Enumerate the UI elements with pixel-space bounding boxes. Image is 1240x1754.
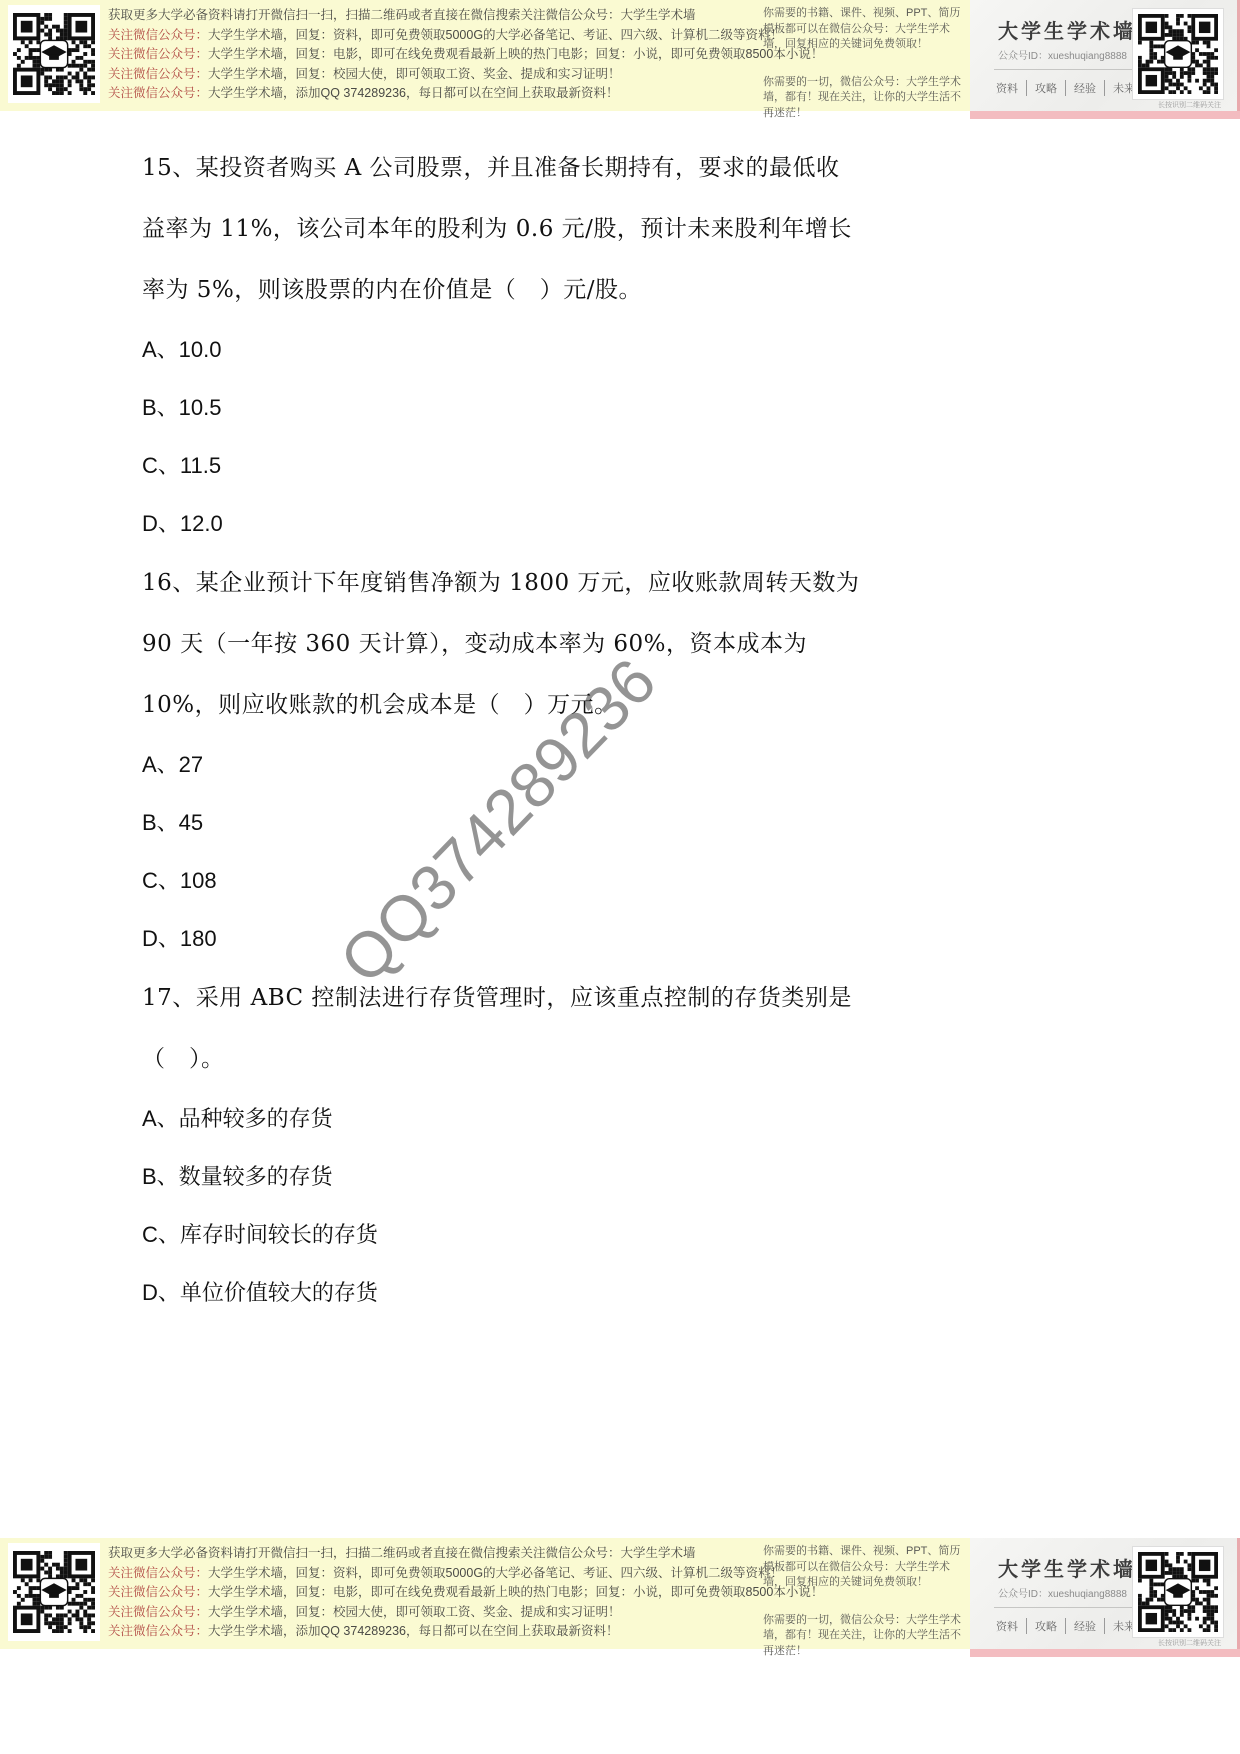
question-15: 15、某投资者购买 A 公司股票，并且准备长期持有，要求的最低收 益率为 11%… — [142, 153, 1180, 538]
question-line: 10%，则应收账款的机会成本是（ ）万元。 — [142, 690, 1180, 720]
banner-line-prefix: 关注微信公众号： — [108, 28, 208, 42]
banner-line-text: 大学生学术墙，回复：电影，即可在线免费观看最新上映的热门电影；回复：小说，即可免… — [208, 1585, 823, 1599]
question-line: 15、某投资者购买 A 公司股票，并且准备长期持有，要求的最低收 — [142, 153, 1180, 183]
card-divider — [994, 1607, 1146, 1608]
banner-line-text: 大学生学术墙，回复：资料，即可免费领取5000G的大学必备笔记、考证、四六级、计… — [208, 28, 783, 42]
card-tab: 资料 — [996, 1618, 1018, 1634]
option-a: A、品种较多的存货 — [142, 1105, 1180, 1133]
banner-line-prefix: 关注微信公众号： — [108, 67, 208, 81]
qr-caption: 长按识别二维码关注 — [1158, 100, 1221, 110]
banner-line-text: 大学生学术墙，添加QQ 374289236，每日都可以在空间上获取最新资料！ — [208, 86, 619, 100]
banner-line-text: 大学生学术墙，回复：资料，即可免费领取5000G的大学必备笔记、考证、四六级、计… — [208, 1566, 783, 1580]
banner-line-prefix: 关注微信公众号： — [108, 1566, 208, 1580]
banner-line: 获取更多大学必备资料请打开微信扫一扫，扫描二维码或者直接在微信搜索关注微信公众号… — [108, 6, 768, 26]
banner-line: 关注微信公众号：大学生学术墙，回复：电影，即可在线免费观看最新上映的热门电影；回… — [108, 45, 768, 65]
questions-area: QQ374289236 15、某投资者购买 A 公司股票，并且准备长期持有，要求… — [0, 111, 1240, 1307]
banner-line-text: 大学生学术墙，回复：电影，即可在线免费观看最新上映的热门电影；回复：小说，即可免… — [208, 47, 823, 61]
option-d: D、12.0 — [142, 510, 1180, 538]
card-tab: 经验 — [1065, 1618, 1096, 1634]
banner-line-prefix: 关注微信公众号： — [108, 86, 208, 100]
banner-line-text: 获取更多大学必备资料请打开微信扫一扫，扫描二维码或者直接在微信搜索关注微信公众号… — [108, 8, 696, 22]
qr-code-right — [1133, 1547, 1223, 1637]
question-16: 16、某企业预计下年度销售净额为 1800 万元，应收账款周转天数为 90 天（… — [142, 568, 1180, 953]
qr-code-image — [1138, 1552, 1218, 1632]
question-line: 16、某企业预计下年度销售净额为 1800 万元，应收账款周转天数为 — [142, 568, 1180, 598]
banner-text-lines: 获取更多大学必备资料请打开微信扫一扫，扫描二维码或者直接在微信搜索关注微信公众号… — [108, 6, 768, 104]
card-tab: 未来 — [1104, 80, 1135, 96]
banner-line-prefix: 关注微信公众号： — [108, 47, 208, 61]
card-tab: 经验 — [1065, 80, 1096, 96]
question-line: 率为 5%，则该股票的内在价值是（ ）元/股。 — [142, 275, 1180, 305]
card-tab: 攻略 — [1026, 80, 1057, 96]
banner-line: 关注微信公众号：大学生学术墙，回复：校园大使，即可领取工资、奖金、提成和实习证明… — [108, 65, 768, 85]
qr-code-right — [1133, 9, 1223, 99]
option-a: A、10.0 — [142, 336, 1180, 364]
document-page: 获取更多大学必备资料请打开微信扫一扫，扫描二维码或者直接在微信搜索关注微信公众号… — [0, 0, 1240, 1754]
banner-line-text: 大学生学术墙，回复：校园大使，即可领取工资、奖金、提成和实习证明！ — [208, 1605, 621, 1619]
card-tab: 资料 — [996, 80, 1018, 96]
banner-line-prefix: 关注微信公众号： — [108, 1624, 208, 1638]
banner-line: 关注微信公众号：大学生学术墙，回复：资料，即可免费领取5000G的大学必备笔记、… — [108, 26, 768, 46]
question-line: 17、采用 ABC 控制法进行存货管理时，应该重点控制的存货类别是 — [142, 983, 1180, 1013]
wechat-account-card: 大学生学术墙 公众号ID：xueshuqiang8888 资料攻略经验未来 长按… — [970, 0, 1240, 111]
banner-line-text: 大学生学术墙，回复：校园大使，即可领取工资、奖金、提成和实习证明！ — [208, 67, 621, 81]
option-b: B、10.5 — [142, 394, 1180, 422]
header-banner: 获取更多大学必备资料请打开微信扫一扫，扫描二维码或者直接在微信搜索关注微信公众号… — [0, 0, 1240, 111]
pink-strip — [970, 1649, 1240, 1657]
banner-line: 关注微信公众号：大学生学术墙，添加QQ 374289236，每日都可以在空间上获… — [108, 84, 768, 104]
qr-code-left — [8, 5, 100, 103]
qr-code-left — [8, 1543, 100, 1641]
banner-mid-top: 你需要的书籍、课件、视频、PPT、简历模板都可以在微信公众号：大学生学术墙，回复… — [763, 6, 965, 53]
card-tab: 未来 — [1104, 1618, 1135, 1634]
option-a: A、27 — [142, 751, 1180, 779]
banner-line: 关注微信公众号：大学生学术墙，回复：电影，即可在线免费观看最新上映的热门电影；回… — [108, 1583, 768, 1603]
card-divider — [994, 69, 1146, 70]
card-account-id: 公众号ID：xueshuqiang8888 — [998, 1585, 1127, 1600]
banner-mid-top: 你需要的书籍、课件、视频、PPT、简历模板都可以在微信公众号：大学生学术墙，回复… — [763, 1544, 965, 1591]
question-line: 90 天（一年按 360 天计算），变动成本率为 60%，资本成本为 — [142, 629, 1180, 659]
wechat-account-card: 大学生学术墙 公众号ID：xueshuqiang8888 资料攻略经验未来 长按… — [970, 1538, 1240, 1649]
option-b: B、数量较多的存货 — [142, 1163, 1180, 1191]
card-tabs: 资料攻略经验未来 — [996, 1618, 1135, 1634]
banner-mid-column: 你需要的书籍、课件、视频、PPT、简历模板都可以在微信公众号：大学生学术墙，回复… — [763, 1544, 965, 1659]
question-line: 益率为 11%，该公司本年的股利为 0.6 元/股，预计未来股利年增长 — [142, 214, 1180, 244]
banner-line: 关注微信公众号：大学生学术墙，回复：资料，即可免费领取5000G的大学必备笔记、… — [108, 1564, 768, 1584]
card-tabs: 资料攻略经验未来 — [996, 80, 1135, 96]
banner-mid-column: 你需要的书籍、课件、视频、PPT、简历模板都可以在微信公众号：大学生学术墙，回复… — [763, 6, 965, 121]
card-title: 大学生学术墙 — [998, 15, 1136, 44]
banner-line-text: 获取更多大学必备资料请打开微信扫一扫，扫描二维码或者直接在微信搜索关注微信公众号… — [108, 1546, 696, 1560]
option-c: C、库存时间较长的存货 — [142, 1221, 1180, 1249]
card-account-id: 公众号ID：xueshuqiang8888 — [998, 47, 1127, 62]
qr-code-image — [13, 1548, 95, 1636]
qr-code-image — [13, 10, 95, 98]
qr-caption: 长按识别二维码关注 — [1158, 1638, 1221, 1648]
banner-text-lines: 获取更多大学必备资料请打开微信扫一扫，扫描二维码或者直接在微信搜索关注微信公众号… — [108, 1544, 768, 1642]
question-17: 17、采用 ABC 控制法进行存货管理时，应该重点控制的存货类别是 （ ）。 A… — [142, 983, 1180, 1307]
banner-line-prefix: 关注微信公众号： — [108, 1605, 208, 1619]
banner-line: 获取更多大学必备资料请打开微信扫一扫，扫描二维码或者直接在微信搜索关注微信公众号… — [108, 1544, 768, 1564]
footer-area: 获取更多大学必备资料请打开微信扫一扫，扫描二维码或者直接在微信搜索关注微信公众号… — [0, 1538, 1240, 1649]
banner-line: 关注微信公众号：大学生学术墙，回复：校园大使，即可领取工资、奖金、提成和实习证明… — [108, 1603, 768, 1623]
banner-line: 关注微信公众号：大学生学术墙，添加QQ 374289236，每日都可以在空间上获… — [108, 1622, 768, 1642]
question-line: （ ）。 — [142, 1044, 1180, 1074]
banner-mid-bottom: 你需要的一切，微信公众号：大学生学术墙，都有！现在关注，让你的大学生活不再迷茫！ — [763, 1613, 965, 1660]
footer-banner: 获取更多大学必备资料请打开微信扫一扫，扫描二维码或者直接在微信搜索关注微信公众号… — [0, 1538, 1240, 1649]
option-d: D、180 — [142, 925, 1180, 953]
qr-code-image — [1138, 14, 1218, 94]
card-tab: 攻略 — [1026, 1618, 1057, 1634]
option-b: B、45 — [142, 809, 1180, 837]
card-title: 大学生学术墙 — [998, 1553, 1136, 1582]
banner-line-text: 大学生学术墙，添加QQ 374289236，每日都可以在空间上获取最新资料！ — [208, 1624, 619, 1638]
banner-line-prefix: 关注微信公众号： — [108, 1585, 208, 1599]
option-d: D、单位价值较大的存货 — [142, 1279, 1180, 1307]
option-c: C、11.5 — [142, 452, 1180, 480]
option-c: C、108 — [142, 867, 1180, 895]
